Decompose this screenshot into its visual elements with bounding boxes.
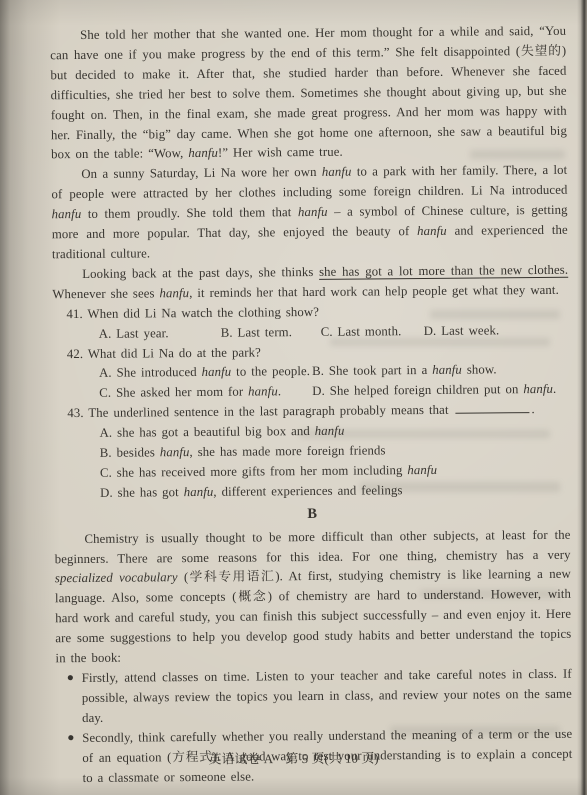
question-41-option-a: A. Last year. bbox=[99, 323, 221, 344]
question-43-option-d: D. she has got hanfu, different experien… bbox=[54, 480, 570, 504]
bullet-icon: ● bbox=[67, 668, 75, 688]
question-42-option-b: B. She took part in a hanfu show. bbox=[312, 360, 569, 382]
section-b-intro-paragraph: Chemistry is usually thought to be more … bbox=[54, 525, 571, 669]
question-42-option-c: C. She asked her mom for hanfu. bbox=[99, 382, 312, 404]
question-43: 43. The underlined sentence in the last … bbox=[53, 400, 570, 504]
section-b-bullet-1-text: Firstly, attend classes on time. Listen … bbox=[82, 667, 572, 725]
question-42: 42. What did Li Na do at the park? A. Sh… bbox=[53, 340, 570, 404]
page-footer: 英语试卷 A 第 5 页(共 10 页) bbox=[0, 746, 587, 768]
bullet-icon: ● bbox=[67, 728, 75, 748]
passage-paragraph-3: Looking back at the past days, she think… bbox=[52, 261, 568, 305]
section-b-header: B bbox=[54, 502, 570, 526]
question-42-option-d: D. She helped foreign children put on ha… bbox=[312, 380, 569, 402]
question-41-option-b: B. Last term. bbox=[221, 322, 321, 343]
page-content: She told her mother that she wanted one.… bbox=[50, 22, 573, 789]
scan-edge-shadow bbox=[577, 0, 587, 795]
section-b-bullet-1: ● Firstly, attend classes on time. Liste… bbox=[56, 665, 573, 729]
scanned-exam-page: She told her mother that she wanted one.… bbox=[0, 0, 587, 795]
passage-paragraph-2: On a sunny Saturday, Li Na wore her own … bbox=[51, 161, 568, 265]
question-41: 41. When did Li Na watch the clothing sh… bbox=[52, 300, 568, 344]
question-41-option-c: C. Last month. bbox=[321, 322, 424, 343]
passage-paragraph-1: She told her mother that she wanted one.… bbox=[50, 22, 567, 166]
question-41-option-d: D. Last week. bbox=[424, 320, 569, 341]
question-42-option-a: A. She introduced hanfu to the people. bbox=[99, 362, 312, 384]
